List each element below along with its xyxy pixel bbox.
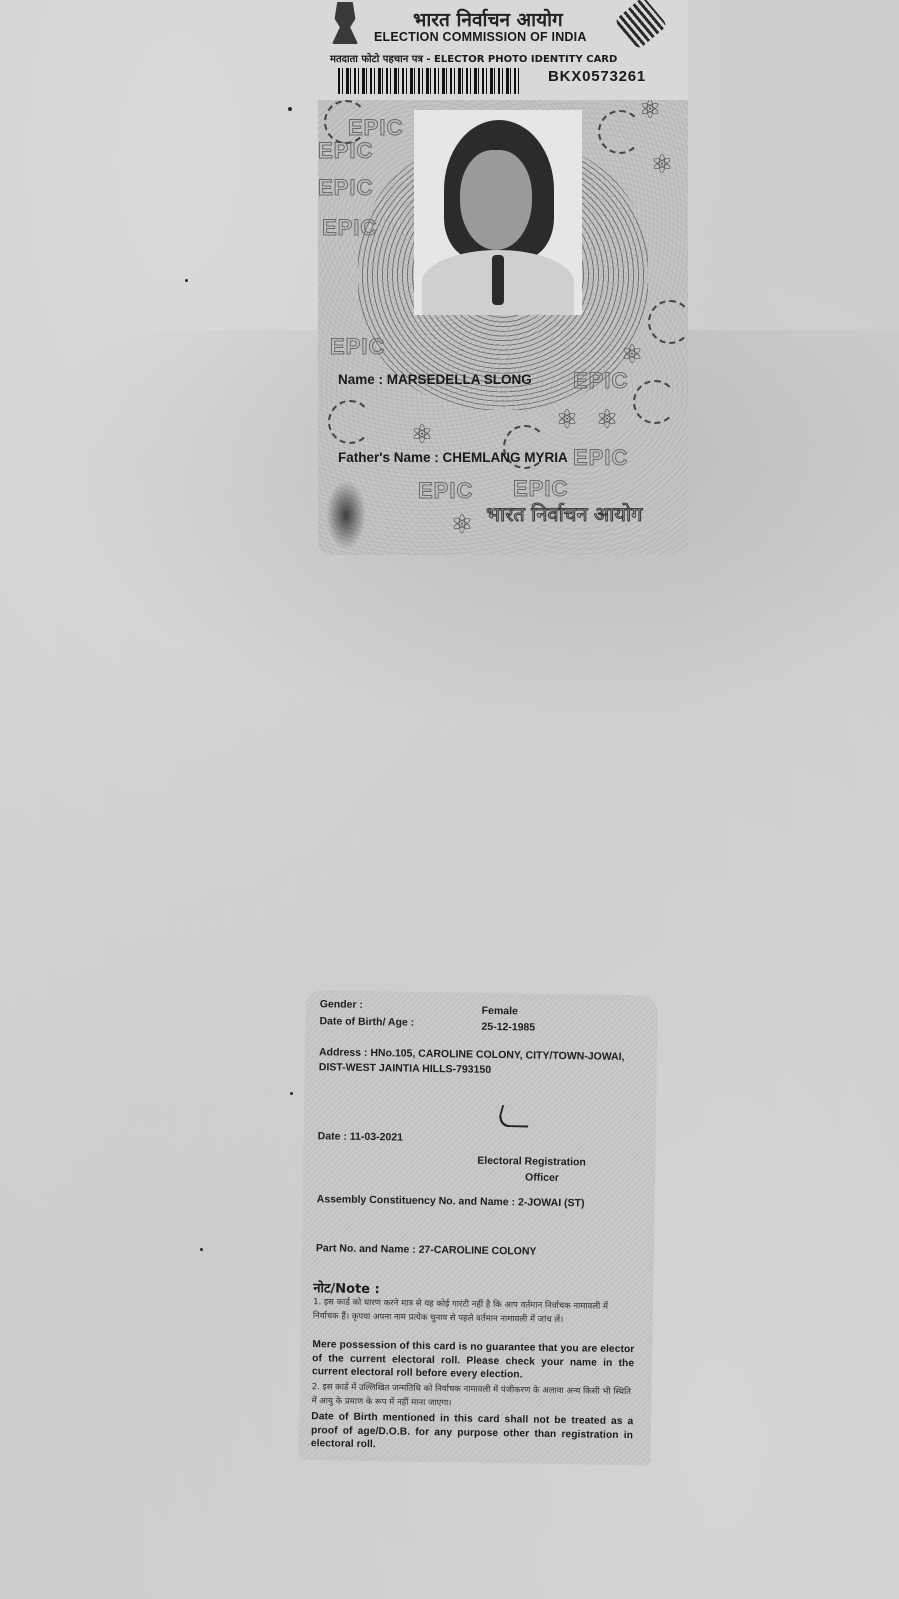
part-label: Part No. and Name : xyxy=(316,1242,416,1256)
toner-smudge xyxy=(326,480,366,550)
atom-icon: ⚛ xyxy=(618,340,646,368)
swirl-pattern xyxy=(598,110,642,154)
gender-label: Gender : xyxy=(320,998,363,1011)
name-value: MARSEDELLA SLONG xyxy=(387,372,532,387)
officer-signature xyxy=(496,1105,534,1127)
note1-hindi: 1. इस कार्ड को धारण करने मात्र से यह कोई… xyxy=(313,1295,633,1328)
speck xyxy=(200,1248,203,1251)
elector-photo xyxy=(414,110,582,315)
part-value: 27-CAROLINE COLONY xyxy=(419,1244,537,1258)
card-header: भारत निर्वाचन आयोग ELECTION COMMISSION O… xyxy=(318,0,688,100)
part-field: Part No. and Name : 27-CAROLINE COLONY xyxy=(316,1242,537,1257)
eci-voters-logo-icon xyxy=(614,0,668,50)
swirl-pattern xyxy=(633,380,677,424)
father-name-field: Father's Name : CHEMLANG MYRIA xyxy=(338,450,568,465)
speck xyxy=(288,107,292,111)
swirl-pattern xyxy=(648,300,692,344)
photo-necklace xyxy=(492,255,504,305)
dob-label: Date of Birth/ Age : xyxy=(319,1015,414,1028)
id-card-back: Gender : Female Date of Birth/ Age : 25-… xyxy=(299,990,658,1465)
note2-english: Date of Birth mentioned in this card sha… xyxy=(311,1410,634,1456)
signatory-title: Electoral Registration xyxy=(477,1155,586,1169)
atom-icon: ⚛ xyxy=(408,420,436,448)
epic-watermark: EPIC xyxy=(318,175,373,201)
speck xyxy=(290,1092,293,1095)
swirl-pattern xyxy=(328,400,372,444)
issue-date-label: Date : xyxy=(318,1130,347,1142)
barcode xyxy=(338,68,520,94)
epic-watermark: EPIC xyxy=(418,478,473,504)
speck xyxy=(185,279,188,282)
dob-value: 25-12-1985 xyxy=(481,1021,535,1034)
atom-icon: ⚛ xyxy=(448,510,476,538)
issue-date-field: Date : 11-03-2021 xyxy=(318,1130,403,1143)
english-title: ELECTION COMMISSION OF INDIA xyxy=(374,30,587,44)
national-emblem-icon xyxy=(332,2,358,44)
id-card-front: EPIC EPIC EPIC EPIC EPIC EPIC EPIC EPIC … xyxy=(318,0,688,555)
epic-watermark: EPIC xyxy=(513,476,568,502)
address-label: Address : xyxy=(319,1046,368,1059)
atom-icon: ⚛ xyxy=(553,405,581,433)
epic-watermark: EPIC xyxy=(330,334,385,360)
swirl-pattern xyxy=(324,100,368,144)
father-name-label: Father's Name : xyxy=(338,450,439,465)
name-field: Name : MARSEDELLA SLONG xyxy=(338,372,532,387)
note1-english: Mere possession of this card is no guara… xyxy=(312,1338,635,1384)
epic-watermark: EPIC xyxy=(573,368,628,394)
constituency-value: 2-JOWAI (ST) xyxy=(518,1196,585,1209)
hindi-title: भारत निर्वाचन आयोग xyxy=(413,6,563,32)
atom-icon: ⚛ xyxy=(648,150,676,178)
issue-date-value: 11-03-2021 xyxy=(350,1131,403,1144)
address-field: Address : HNo.105, CAROLINE COLONY, CITY… xyxy=(319,1045,629,1080)
footer-hindi: भारत निर्वाचन आयोग xyxy=(486,500,642,527)
card-subtitle: मतदाता फोटो पहचान पत्र - ELECTOR PHOTO I… xyxy=(330,51,617,65)
epic-watermark: EPIC xyxy=(573,445,628,471)
gender-value: Female xyxy=(482,1005,518,1018)
note2-hindi: 2. इस कार्ड में उल्लिखित जन्मतिथि को निर… xyxy=(311,1380,631,1413)
atom-icon: ⚛ xyxy=(593,405,621,433)
epic-watermark: EPIC xyxy=(322,215,377,241)
signatory-title-2: Officer xyxy=(525,1171,559,1184)
constituency-label: Assembly Constituency No. and Name : xyxy=(317,1193,516,1208)
photo-face xyxy=(460,150,532,250)
name-label: Name : xyxy=(338,372,383,387)
father-name-value: CHEMLANG MYRIA xyxy=(443,450,568,465)
constituency-field: Assembly Constituency No. and Name : 2-J… xyxy=(317,1192,627,1212)
epic-number: BKX0573261 xyxy=(548,68,646,85)
